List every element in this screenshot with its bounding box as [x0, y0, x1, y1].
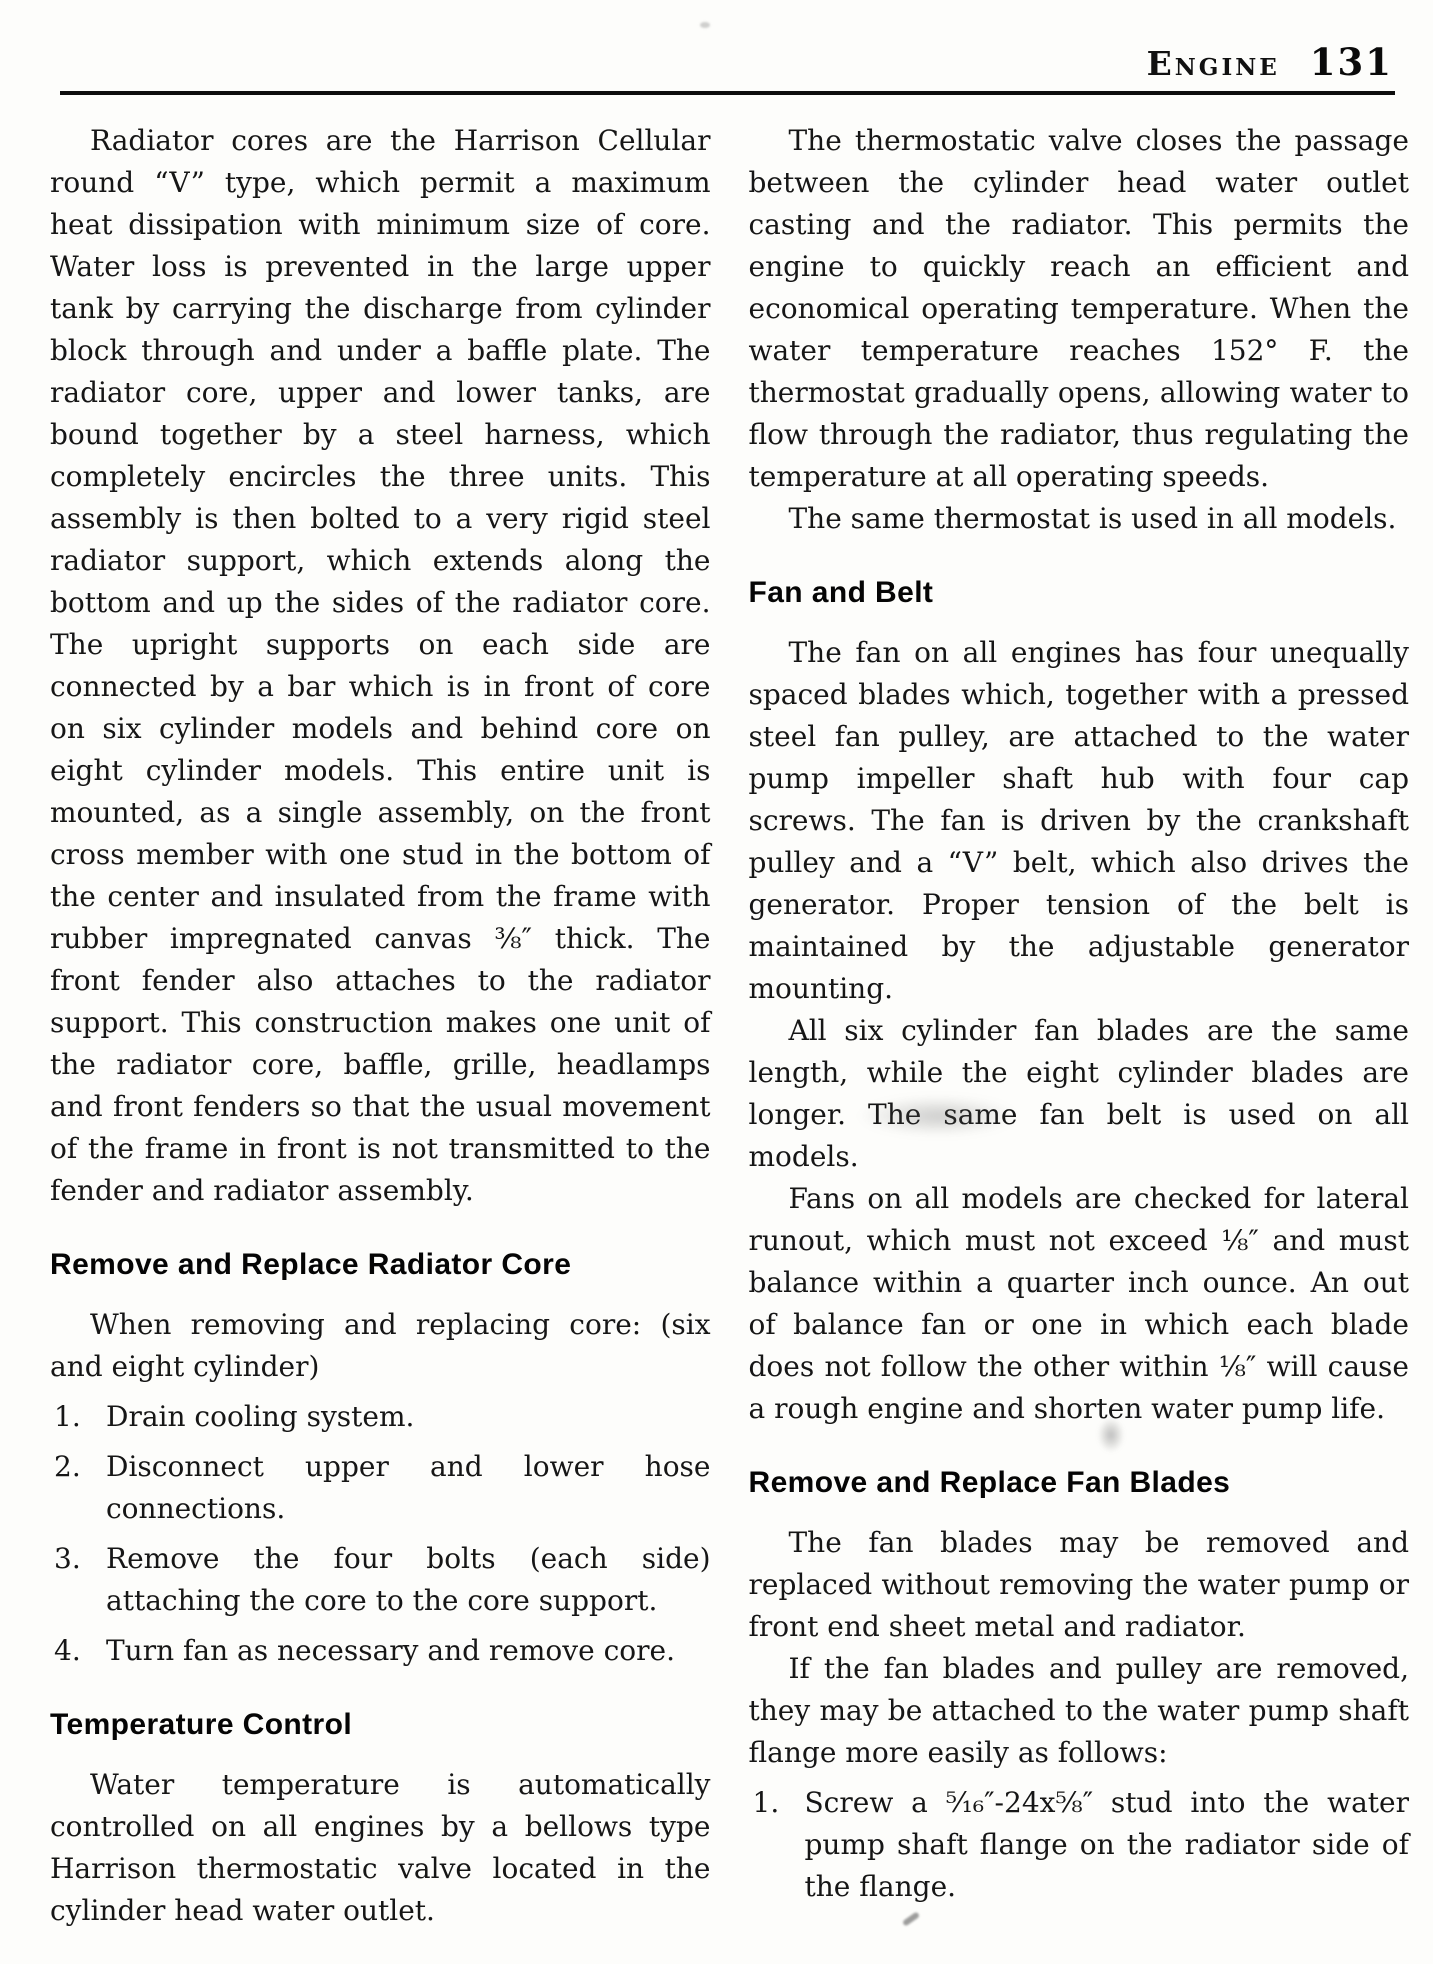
header-rule: [60, 91, 1395, 95]
section-heading: Remove and Replace Fan Blades: [749, 1466, 1410, 1500]
list-item-text: Disconnect upper and lower hose connecti…: [106, 1450, 711, 1525]
body-paragraph: If the fan blades and pulley are removed…: [749, 1648, 1410, 1774]
manual-page: Engine 131 Radiator cores are the Harris…: [0, 0, 1433, 1964]
list-item-text: Turn fan as necessary and remove core.: [106, 1634, 675, 1667]
list-item-number: 4.: [54, 1630, 81, 1672]
numbered-list: 1.Screw a ⁵⁄₁₆″-24x⅝″ stud into the wate…: [749, 1782, 1410, 1908]
body-paragraph: When removing and replacing core: (six a…: [50, 1304, 711, 1388]
text-column-right: The thermostatic valve closes the passag…: [749, 120, 1410, 1932]
section-label: Engine: [1147, 44, 1280, 83]
body-paragraph: All six cylinder fan blades are the same…: [749, 1010, 1410, 1178]
list-item-number: 2.: [54, 1446, 81, 1488]
list-item: 3.Remove the four bolts (each side) atta…: [50, 1538, 711, 1622]
section-heading: Remove and Replace Radiator Core: [50, 1248, 711, 1282]
body-paragraph: The thermostatic valve closes the passag…: [749, 120, 1410, 498]
list-item-number: 3.: [54, 1538, 81, 1580]
list-item-text: Remove the four bolts (each side) attach…: [106, 1542, 711, 1617]
body-paragraph: The same thermostat is used in all model…: [749, 498, 1410, 540]
list-item-number: 1.: [753, 1782, 780, 1824]
body-paragraph: The fan on all engines has four unequall…: [749, 632, 1410, 1010]
list-item-number: 1.: [54, 1396, 81, 1438]
numbered-list: 1.Drain cooling system.2.Disconnect uppe…: [50, 1396, 711, 1672]
list-item: 1.Screw a ⁵⁄₁₆″-24x⅝″ stud into the wate…: [749, 1782, 1410, 1908]
list-item-text: Screw a ⁵⁄₁₆″-24x⅝″ stud into the water …: [805, 1786, 1410, 1903]
list-item: 1.Drain cooling system.: [50, 1396, 711, 1438]
scan-smudge: [700, 22, 710, 28]
text-column-left: Radiator cores are the Harrison Cellular…: [50, 120, 711, 1932]
list-item: 2.Disconnect upper and lower hose connec…: [50, 1446, 711, 1530]
body-paragraph: The fan blades may be removed and replac…: [749, 1522, 1410, 1648]
text-columns: Radiator cores are the Harrison Cellular…: [50, 120, 1409, 1932]
section-heading: Temperature Control: [50, 1708, 711, 1742]
list-item: 4.Turn fan as necessary and remove core.: [50, 1630, 711, 1672]
body-paragraph: Fans on all models are checked for later…: [749, 1178, 1410, 1430]
body-paragraph: Water temperature is automatically contr…: [50, 1764, 711, 1932]
section-heading: Fan and Belt: [749, 576, 1410, 610]
running-header: Engine 131: [1147, 40, 1393, 84]
body-paragraph: Radiator cores are the Harrison Cellular…: [50, 120, 711, 1212]
list-item-text: Drain cooling system.: [106, 1400, 414, 1433]
page-number: 131: [1310, 40, 1393, 84]
